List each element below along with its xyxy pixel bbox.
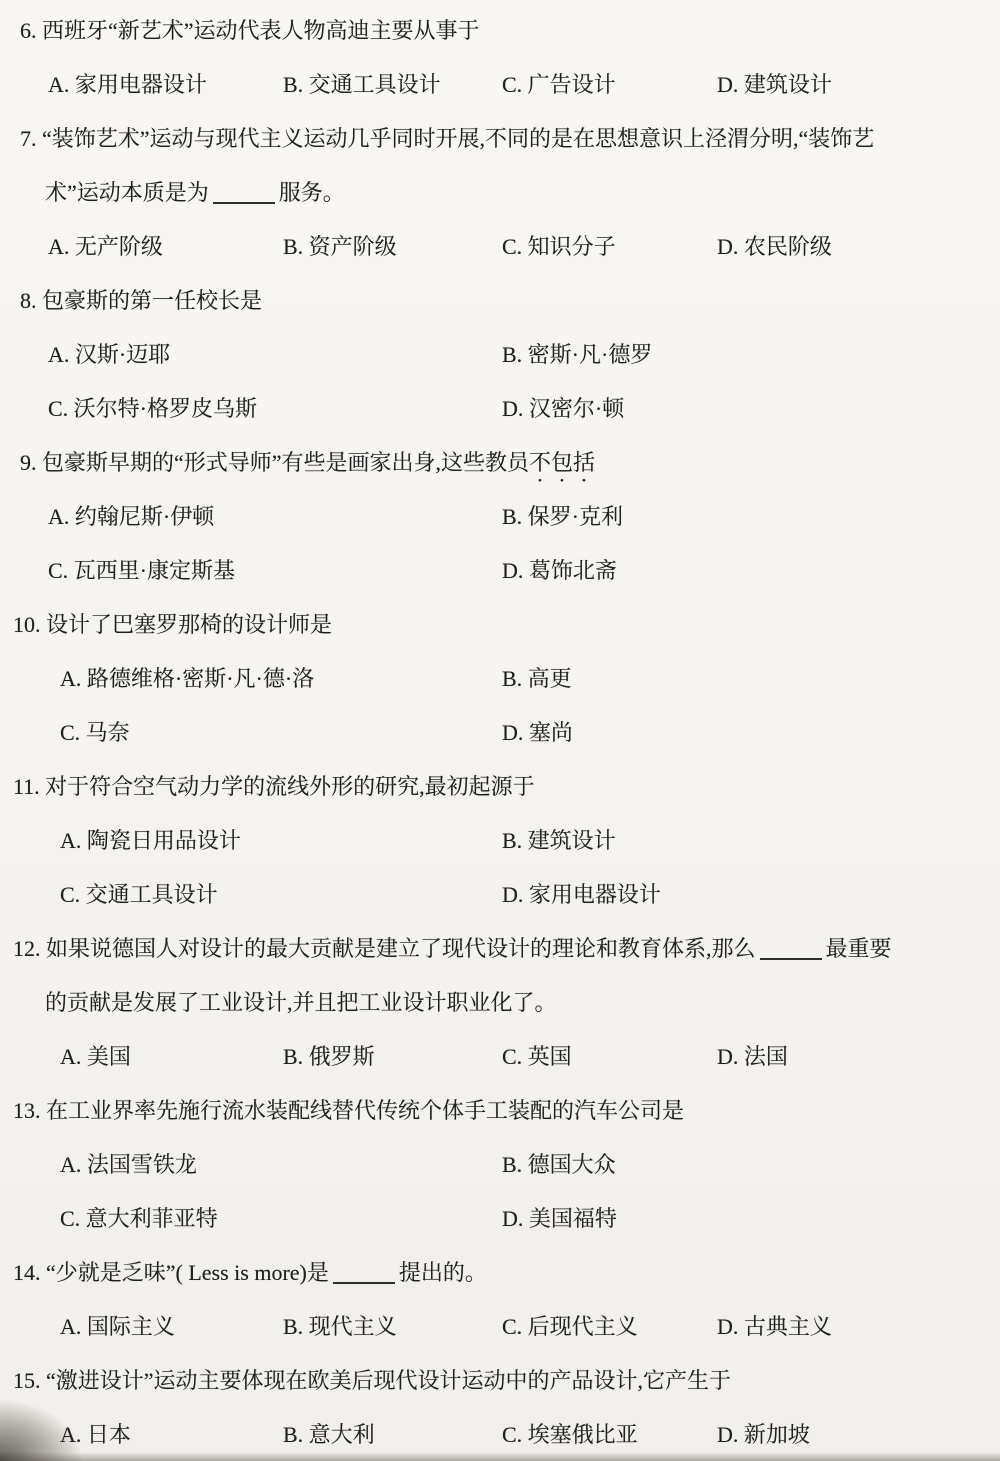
question-12-stem-text-post: 最重要 xyxy=(826,936,892,961)
question-10: 10. 设计了巴塞罗那椅的设计师是 A. 路德维格·密斯·凡·德·洛 B. 高更… xyxy=(0,598,1000,760)
question-6-option-c: C. 广告设计 xyxy=(502,58,717,112)
question-7-option-b: B. 资产阶级 xyxy=(283,220,502,274)
question-11-option-a: A. 陶瓷日用品设计 xyxy=(60,814,502,868)
question-14-stem-text-pre: 14. “少就是乏味”( Less is more)是 xyxy=(13,1260,329,1285)
question-13-options-row2: C. 意大利菲亚特 D. 美国福特 xyxy=(0,1192,1000,1246)
blank-underline xyxy=(760,958,822,960)
question-15-option-d: D. 新加坡 xyxy=(717,1408,1000,1461)
question-8-options-row1: A. 汉斯·迈耶 B. 密斯·凡·德罗 xyxy=(0,328,1000,382)
question-15-option-c: C. 埃塞俄比亚 xyxy=(502,1408,717,1461)
question-14-option-d: D. 古典主义 xyxy=(717,1300,1000,1354)
question-9-stem: 9. 包豪斯早期的“形式导师”有些是画家出身,这些教员不包括 xyxy=(0,436,1000,490)
question-9-option-a: A. 约翰尼斯·伊顿 xyxy=(48,490,502,544)
question-12: 12. 如果说德国人对设计的最大贡献是建立了现代设计的理论和教育体系,那么最重要… xyxy=(0,922,1000,1084)
question-11: 11. 对于符合空气动力学的流线外形的研究,最初起源于 A. 陶瓷日用品设计 B… xyxy=(0,760,1000,922)
question-12-option-d: D. 法国 xyxy=(717,1030,1000,1084)
question-6-stem: 6. 西班牙“新艺术”运动代表人物高迪主要从事于 xyxy=(0,4,1000,58)
question-15-stem-text: 15. “激进设计”运动主要体现在欧美后现代设计运动中的产品设计,它产生于 xyxy=(13,1368,731,1393)
question-6-stem-text: 6. 西班牙“新艺术”运动代表人物高迪主要从事于 xyxy=(20,18,480,43)
question-10-options-row1: A. 路德维格·密斯·凡·德·洛 B. 高更 xyxy=(0,652,1000,706)
question-7-stem-line1: 7. “装饰艺术”运动与现代主义运动几乎同时开展,不同的是在思想意识上泾渭分明,… xyxy=(0,112,1000,166)
question-9-options-row2: C. 瓦西里·康定斯基 D. 葛饰北斋 xyxy=(0,544,1000,598)
question-7-option-d: D. 农民阶级 xyxy=(717,220,1000,274)
question-14-options: A. 国际主义 B. 现代主义 C. 后现代主义 D. 古典主义 xyxy=(0,1300,1000,1354)
question-14: 14. “少就是乏味”( Less is more)是提出的。 A. 国际主义 … xyxy=(0,1246,1000,1354)
question-10-options-row2: C. 马奈 D. 塞尚 xyxy=(0,706,1000,760)
question-6-option-d: D. 建筑设计 xyxy=(717,58,1000,112)
question-8-option-b: B. 密斯·凡·德罗 xyxy=(502,328,1000,382)
question-13-stem: 13. 在工业界率先施行流水装配线替代传统个体手工装配的汽车公司是 xyxy=(0,1084,1000,1138)
question-9-options-row1: A. 约翰尼斯·伊顿 B. 保罗·克利 xyxy=(0,490,1000,544)
question-13-options-row1: A. 法国雪铁龙 B. 德国大众 xyxy=(0,1138,1000,1192)
question-12-stem-text-line2: 的贡献是发展了工业设计,并且把工业设计职业化了。 xyxy=(45,990,557,1015)
question-7-option-a: A. 无产阶级 xyxy=(48,220,283,274)
question-15-option-b: B. 意大利 xyxy=(283,1408,502,1461)
question-8-option-c: C. 沃尔特·格罗皮乌斯 xyxy=(48,382,502,436)
question-11-stem-text: 11. 对于符合空气动力学的流线外形的研究,最初起源于 xyxy=(13,774,535,799)
question-12-stem-line1: 12. 如果说德国人对设计的最大贡献是建立了现代设计的理论和教育体系,那么最重要 xyxy=(0,922,1000,976)
question-13-option-c: C. 意大利菲亚特 xyxy=(60,1192,502,1246)
question-12-stem-line2: 的贡献是发展了工业设计,并且把工业设计职业化了。 xyxy=(0,976,1000,1030)
question-7-option-c: C. 知识分子 xyxy=(502,220,717,274)
question-10-option-c: C. 马奈 xyxy=(60,706,502,760)
question-10-option-b: B. 高更 xyxy=(502,652,1000,706)
question-7-stem-text: 7. “装饰艺术”运动与现代主义运动几乎同时开展,不同的是在思想意识上泾渭分明,… xyxy=(20,126,874,151)
question-13-stem-text: 13. 在工业界率先施行流水装配线替代传统个体手工装配的汽车公司是 xyxy=(13,1098,684,1123)
question-7-stem-line2: 术”运动本质是为服务。 xyxy=(0,166,1000,220)
question-12-options: A. 美国 B. 俄罗斯 C. 英国 D. 法国 xyxy=(0,1030,1000,1084)
question-10-stem: 10. 设计了巴塞罗那椅的设计师是 xyxy=(0,598,1000,652)
question-6-option-b: B. 交通工具设计 xyxy=(283,58,502,112)
question-9-stem-text: 9. 包豪斯早期的“形式导师”有些是画家出身,这些教员 xyxy=(20,450,529,475)
question-11-option-d: D. 家用电器设计 xyxy=(502,868,1000,922)
question-6-option-a: A. 家用电器设计 xyxy=(48,58,283,112)
question-15-option-a: A. 日本 xyxy=(60,1408,283,1461)
question-7: 7. “装饰艺术”运动与现代主义运动几乎同时开展,不同的是在思想意识上泾渭分明,… xyxy=(0,112,1000,274)
question-8-options-row2: C. 沃尔特·格罗皮乌斯 D. 汉密尔·顿 xyxy=(0,382,1000,436)
question-15: 15. “激进设计”运动主要体现在欧美后现代设计运动中的产品设计,它产生于 A.… xyxy=(0,1354,1000,1461)
question-14-stem-text-post: 提出的。 xyxy=(399,1260,487,1285)
question-13-option-b: B. 德国大众 xyxy=(502,1138,1000,1192)
exam-page: 6. 西班牙“新艺术”运动代表人物高迪主要从事于 A. 家用电器设计 B. 交通… xyxy=(0,0,1000,1461)
question-15-options: A. 日本 B. 意大利 C. 埃塞俄比亚 D. 新加坡 xyxy=(0,1408,1000,1461)
question-7-stem-text-post: 服务。 xyxy=(279,180,345,205)
question-8-option-d: D. 汉密尔·顿 xyxy=(502,382,1000,436)
blank-underline xyxy=(333,1282,395,1284)
question-14-option-a: A. 国际主义 xyxy=(60,1300,283,1354)
question-14-option-c: C. 后现代主义 xyxy=(502,1300,717,1354)
question-10-option-d: D. 塞尚 xyxy=(502,706,1000,760)
question-14-stem: 14. “少就是乏味”( Less is more)是提出的。 xyxy=(0,1246,1000,1300)
question-9-option-b: B. 保罗·克利 xyxy=(502,490,1000,544)
question-10-stem-text: 10. 设计了巴塞罗那椅的设计师是 xyxy=(13,612,332,637)
question-11-stem: 11. 对于符合空气动力学的流线外形的研究,最初起源于 xyxy=(0,760,1000,814)
question-7-stem-text-pre: 术”运动本质是为 xyxy=(45,180,209,205)
question-11-options-row2: C. 交通工具设计 D. 家用电器设计 xyxy=(0,868,1000,922)
question-8-stem: 8. 包豪斯的第一任校长是 xyxy=(0,274,1000,328)
question-9-option-c: C. 瓦西里·康定斯基 xyxy=(48,544,502,598)
question-8-option-a: A. 汉斯·迈耶 xyxy=(48,328,502,382)
question-6-options: A. 家用电器设计 B. 交通工具设计 C. 广告设计 D. 建筑设计 xyxy=(0,58,1000,112)
question-14-option-b: B. 现代主义 xyxy=(283,1300,502,1354)
question-7-options: A. 无产阶级 B. 资产阶级 C. 知识分子 D. 农民阶级 xyxy=(0,220,1000,274)
question-12-option-a: A. 美国 xyxy=(60,1030,283,1084)
question-12-option-c: C. 英国 xyxy=(502,1030,717,1084)
question-15-stem: 15. “激进设计”运动主要体现在欧美后现代设计运动中的产品设计,它产生于 xyxy=(0,1354,1000,1408)
question-6: 6. 西班牙“新艺术”运动代表人物高迪主要从事于 A. 家用电器设计 B. 交通… xyxy=(0,4,1000,112)
question-12-stem-text-pre: 12. 如果说德国人对设计的最大贡献是建立了现代设计的理论和教育体系,那么 xyxy=(13,936,756,961)
question-8: 8. 包豪斯的第一任校长是 A. 汉斯·迈耶 B. 密斯·凡·德罗 C. 沃尔特… xyxy=(0,274,1000,436)
question-11-option-b: B. 建筑设计 xyxy=(502,814,1000,868)
question-12-option-b: B. 俄罗斯 xyxy=(283,1030,502,1084)
question-9-stem-emphasized: 不包括 xyxy=(529,450,595,475)
question-9-option-d: D. 葛饰北斋 xyxy=(502,544,1000,598)
question-13: 13. 在工业界率先施行流水装配线替代传统个体手工装配的汽车公司是 A. 法国雪… xyxy=(0,1084,1000,1246)
question-11-option-c: C. 交通工具设计 xyxy=(60,868,502,922)
question-9: 9. 包豪斯早期的“形式导师”有些是画家出身,这些教员不包括 A. 约翰尼斯·伊… xyxy=(0,436,1000,598)
question-13-option-d: D. 美国福特 xyxy=(502,1192,1000,1246)
question-11-options-row1: A. 陶瓷日用品设计 B. 建筑设计 xyxy=(0,814,1000,868)
question-8-stem-text: 8. 包豪斯的第一任校长是 xyxy=(20,288,262,313)
blank-underline xyxy=(213,202,275,204)
question-13-option-a: A. 法国雪铁龙 xyxy=(60,1138,502,1192)
question-10-option-a: A. 路德维格·密斯·凡·德·洛 xyxy=(60,652,502,706)
